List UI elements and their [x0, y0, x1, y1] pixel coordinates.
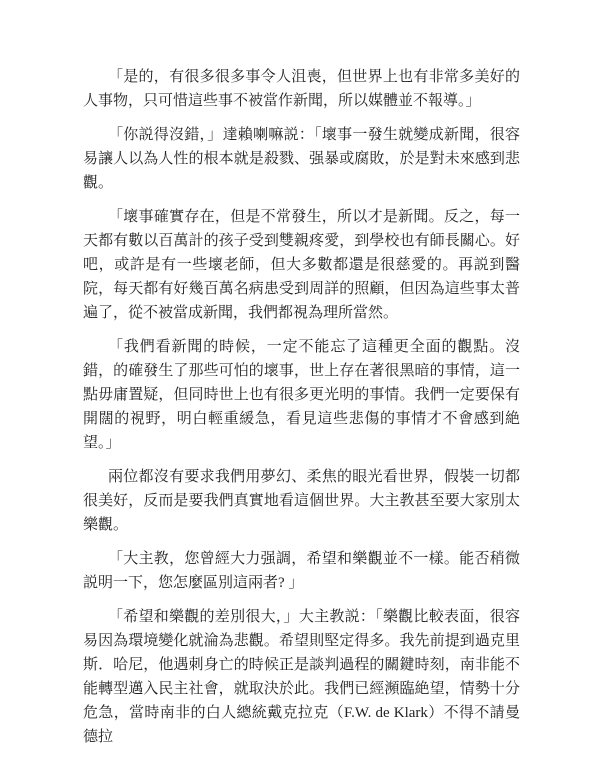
- paragraph-2: 「你説得沒錯，」達賴喇嘛説：「壞事一發生就變成新聞，很容易讓人以為人性的根本就是…: [83, 123, 520, 195]
- paragraph-5: 兩位都沒有要求我們用夢幻、柔焦的眼光看世界，假裝一切都很美好，反而是要我們真實地…: [83, 465, 520, 537]
- paragraph-4: 「我們看新聞的時候，一定不能忘了這種更全面的觀點。沒錯，的確發生了那些可怕的壞事…: [83, 335, 520, 455]
- page-text: 「是的，有很多很多事令人沮喪，但世界上也有非常多美好的人事物，只可惜這些事不被當…: [83, 65, 520, 759]
- paragraph-1: 「是的，有很多很多事令人沮喪，但世界上也有非常多美好的人事物，只可惜這些事不被當…: [83, 65, 520, 113]
- book-page: 「是的，有很多很多事令人沮喪，但世界上也有非常多美好的人事物，只可惜這些事不被當…: [0, 0, 600, 772]
- paragraph-6: 「大主教，您曾經大力强調，希望和樂觀並不一樣。能否稍微説明一下，您怎麼區別這兩者…: [83, 547, 520, 595]
- paragraph-3: 「壞事確實存在，但是不常發生，所以才是新聞。反之，每一天都有數以百萬計的孩子受到…: [83, 205, 520, 325]
- paragraph-7: 「希望和樂觀的差別很大，」大主教説：「樂觀比較表面，很容易因為環境變化就淪為悲觀…: [83, 605, 520, 749]
